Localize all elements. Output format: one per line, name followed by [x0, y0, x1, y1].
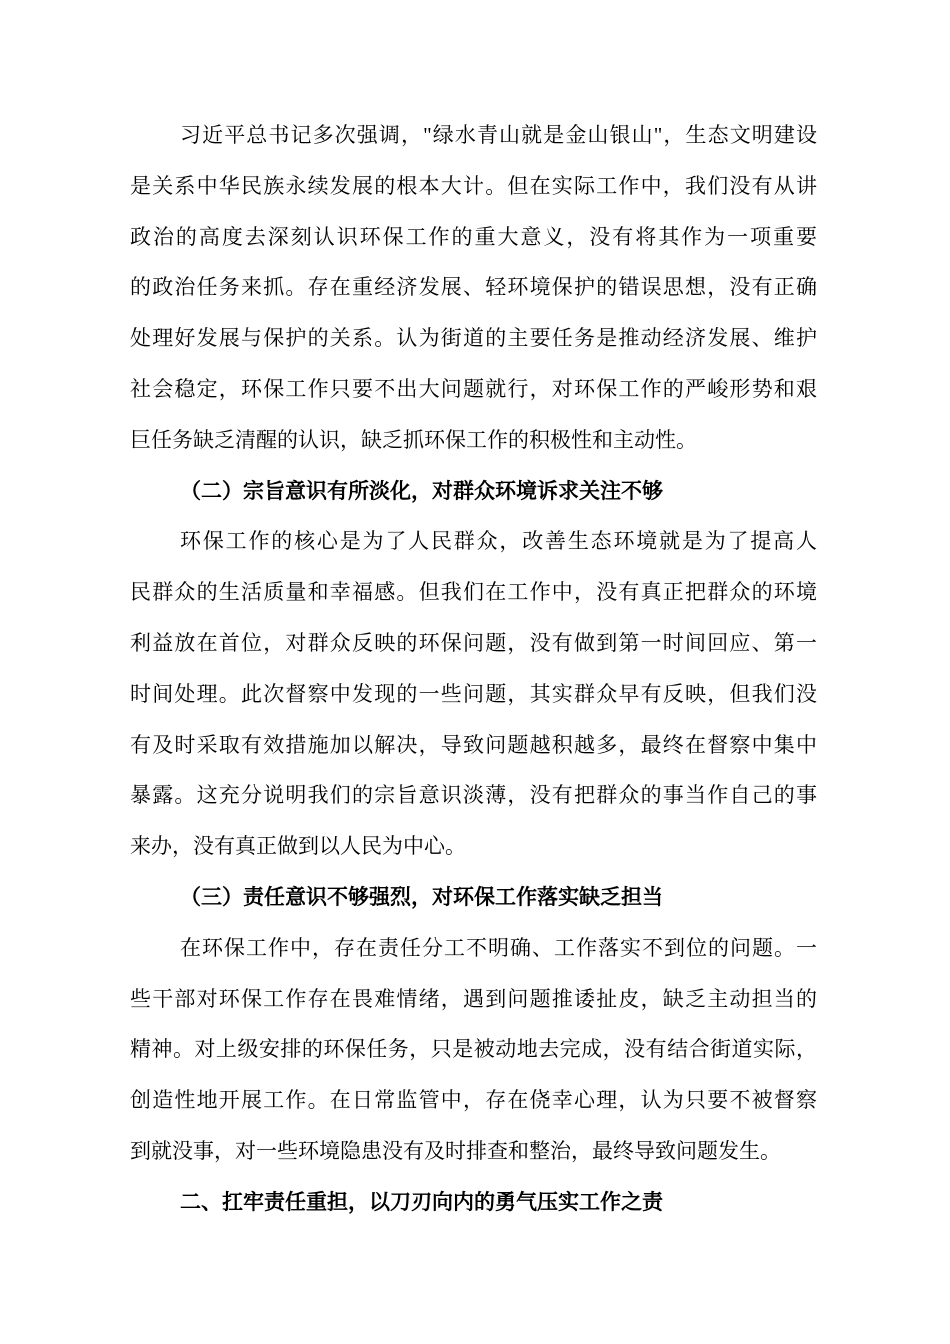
section-heading-part2: 二、扛牢责任重担，以刀刃向内的勇气压实工作之责 [130, 1177, 817, 1228]
text-line: 处理好发展与保护的关系。认为街道的主要任务是推动经济发展、维护 [130, 313, 817, 364]
text-line: 些干部对环保工作存在畏难情绪，遇到问题推诿扯皮，缺乏主动担当的 [130, 974, 817, 1025]
text-line: 政治的高度去深刻认识环保工作的重大意义，没有将其作为一项重要 [130, 212, 817, 263]
text-line: 利益放在首位，对群众反映的环保问题，没有做到第一时间回应、第一 [130, 618, 817, 669]
text-line: 精神。对上级安排的环保任务，只是被动地去完成，没有结合街道实际， [130, 1024, 817, 1075]
paragraph-responsibility-awareness: 在环保工作中，存在责任分工不明确、工作落实不到位的问题。一 些干部对环保工作存在… [130, 923, 817, 1177]
text-line: 民群众的生活质量和幸福感。但我们在工作中，没有真正把群众的环境 [130, 567, 817, 618]
text-line: 环保工作的核心是为了人民群众，改善生态环境就是为了提高人 [130, 516, 817, 567]
text-line: 来办，没有真正做到以人民为中心。 [130, 821, 817, 872]
text-line: 社会稳定，环保工作只要不出大问题就行，对环保工作的严峻形势和艰 [130, 364, 817, 415]
text-line: 时间处理。此次督察中发现的一些问题，其实群众早有反映，但我们没 [130, 669, 817, 720]
document-page: 习近平总书记多次强调，"绿水青山就是金山银山"，生态文明建设 是关系中华民族永续… [0, 0, 950, 1344]
section-heading-2: （二）宗旨意识有所淡化，对群众环境诉求关注不够 [130, 466, 817, 517]
text-line: 习近平总书记多次强调，"绿水青山就是金山银山"，生态文明建设 [130, 110, 817, 161]
text-line: 创造性地开展工作。在日常监管中，存在侥幸心理，认为只要不被督察 [130, 1075, 817, 1126]
text-line: 的政治任务来抓。存在重经济发展、轻环境保护的错误思想，没有正确 [130, 262, 817, 313]
text-line: 在环保工作中，存在责任分工不明确、工作落实不到位的问题。一 [130, 923, 817, 974]
text-line: 暴露。这充分说明我们的宗旨意识淡薄，没有把群众的事当作自己的事 [130, 770, 817, 821]
text-line: 巨任务缺乏清醒的认识，缺乏抓环保工作的积极性和主动性。 [130, 415, 817, 466]
paragraph-political-awareness: 习近平总书记多次强调，"绿水青山就是金山银山"，生态文明建设 是关系中华民族永续… [130, 110, 817, 466]
text-line: 有及时采取有效措施加以解决，导致问题越积越多，最终在督察中集中 [130, 720, 817, 771]
text-line: 是关系中华民族永续发展的根本大计。但在实际工作中，我们没有从讲 [130, 161, 817, 212]
text-line: 到就没事，对一些环境隐患没有及时排查和整治，最终导致问题发生。 [130, 1126, 817, 1177]
paragraph-purpose-awareness: 环保工作的核心是为了人民群众，改善生态环境就是为了提高人 民群众的生活质量和幸福… [130, 516, 817, 872]
section-heading-3: （三）责任意识不够强烈，对环保工作落实缺乏担当 [130, 872, 817, 923]
